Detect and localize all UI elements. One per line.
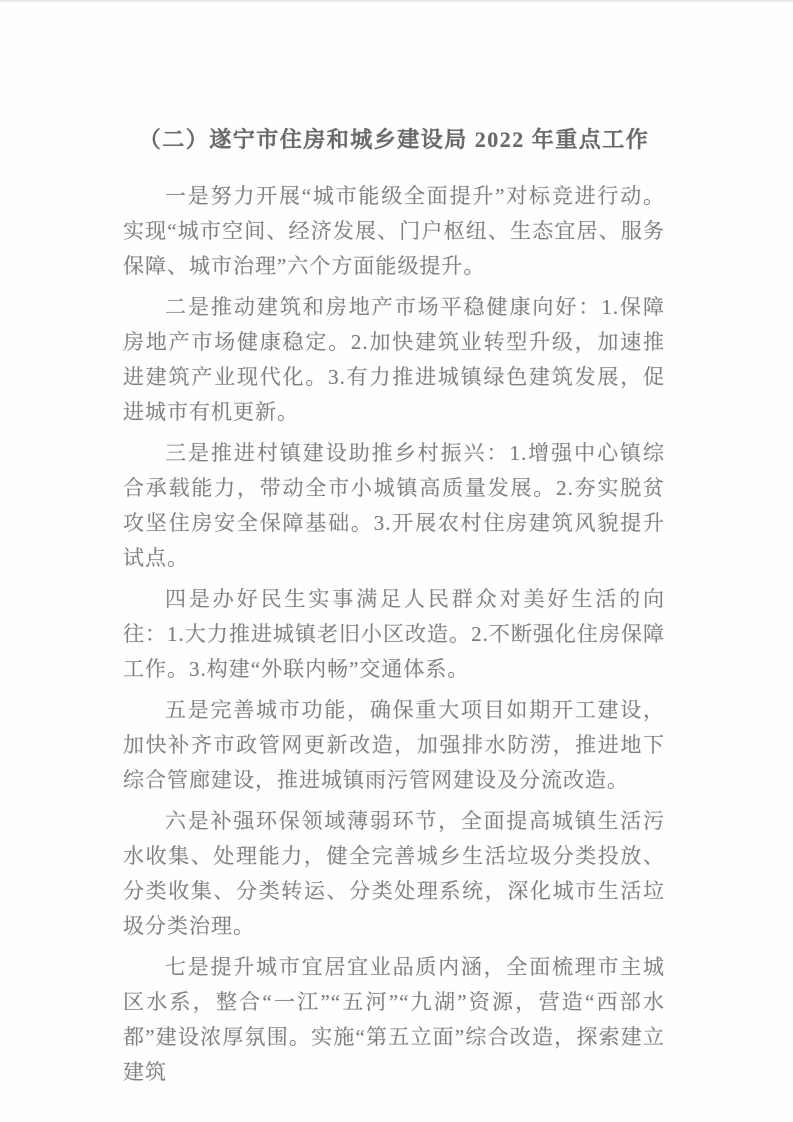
document-page: （二）遂宁市住房和城乡建设局 2022 年重点工作 一是努力开展“城市能级全面提… [0,0,793,1122]
paragraph-7: 七是提升城市宜居宜业品质内涵，全面梳理市主城区水系，整合“一江”“五河”“九湖”… [123,950,665,1090]
document-content: （二）遂宁市住房和城乡建设局 2022 年重点工作 一是努力开展“城市能级全面提… [123,126,665,1096]
paragraph-3: 三是推进村镇建设助推乡村振兴：1.增强中心镇综合承载能力，带动全市小城镇高质量发… [123,436,665,576]
paragraph-6: 六是补强环保领域薄弱环节，全面提高城镇生活污水收集、处理能力，健全完善城乡生活垃… [123,804,665,944]
paragraph-4: 四是办好民生实事满足人民群众对美好生活的向往：1.大力推进城镇老旧小区改造。2.… [123,582,665,687]
scan-edge-line [0,0,793,2]
document-heading: （二）遂宁市住房和城乡建设局 2022 年重点工作 [123,126,665,154]
paragraph-1: 一是努力开展“城市能级全面提升”对标竞进行动。实现“城市空间、经济发展、门户枢纽… [123,179,665,284]
paragraph-2: 二是推动建筑和房地产市场平稳健康向好：1.保障房地产市场健康稳定。2.加快建筑业… [123,290,665,430]
paragraph-5: 五是完善城市功能，确保重大项目如期开工建设，加快补齐市政管网更新改造，加强排水防… [123,693,665,798]
